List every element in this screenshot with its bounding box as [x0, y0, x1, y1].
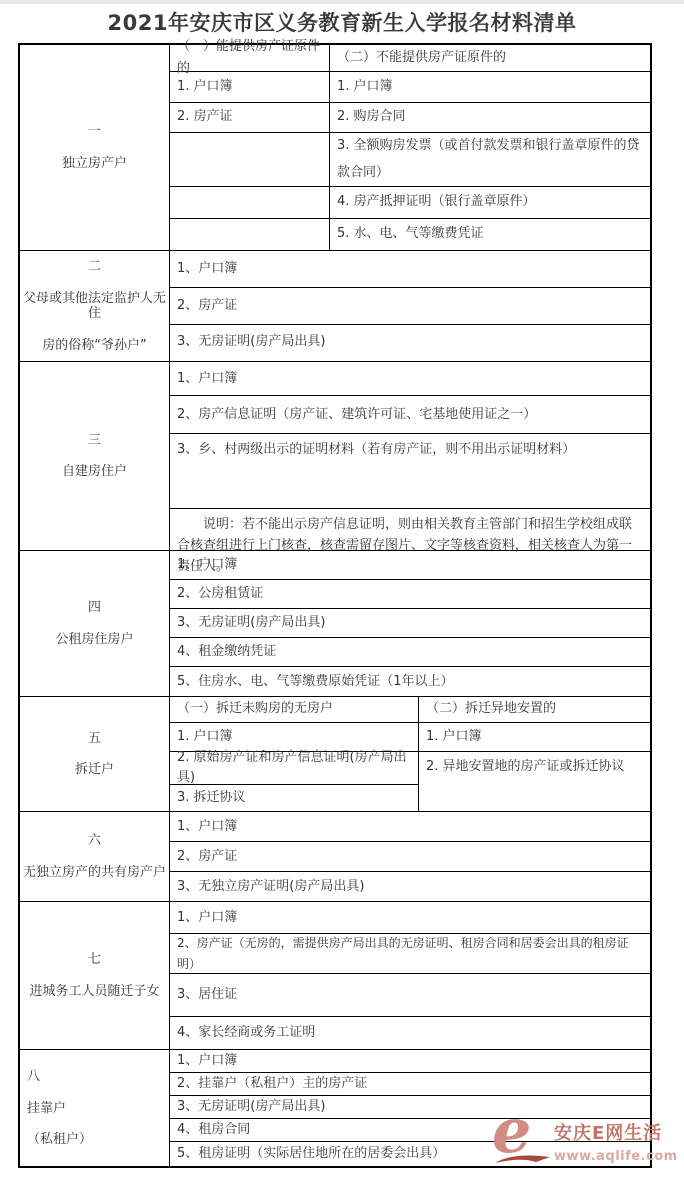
material-item-cell: 2、公房租赁证 [170, 580, 650, 608]
material-item-cell: 3、居住证 [170, 974, 650, 1016]
section-7-label: 七 进城务工人员随迁子女 [20, 902, 170, 1049]
material-item-cell: 1、户口簿 [170, 251, 650, 287]
section-category: （私租户） [25, 1124, 94, 1156]
watermark-text: 安庆E网生活 www.aqlife.com [554, 1114, 678, 1164]
material-item-cell: 2. 异地安置地的房产证或拆迁协议 [419, 752, 650, 811]
material-item-cell: 1. 户口簿 [330, 72, 650, 102]
logo-swoosh-icon [494, 1152, 552, 1166]
section-category: 无独立房产的共有房产户 [21, 857, 168, 889]
section-category: 房的俗称“爷孙户” [40, 330, 148, 362]
section-5-label: 五 拆迁户 [20, 697, 170, 811]
section-migrant-worker-children: 七 进城务工人员随迁子女 1、户口簿 2、房产证（无房的，需提供房产局出具的无房… [20, 902, 650, 1050]
empty-cell [170, 219, 330, 250]
materials-table: 一 独立房产户 （一）能提供房产证原件的 （二）不能提供房产证原件的 1. 户口… [18, 43, 652, 1168]
section-category: 自建房住户 [60, 456, 129, 488]
section-self-built-housing: 三 自建房住户 1、户口簿 2、房产信息证明（房产证、建筑许可证、宅基地使用证之… [20, 362, 650, 551]
section-2-label: 二 父母或其他法定监护人无住 房的俗称“爷孙户” [20, 251, 170, 361]
section-3-label: 三 自建房住户 [20, 362, 170, 550]
empty-cell [170, 133, 330, 186]
subcolumn-header-a: （一）能提供房产证原件的 [170, 45, 330, 71]
section-independent-property: 一 独立房产户 （一）能提供房产证原件的 （二）不能提供房产证原件的 1. 户口… [20, 45, 650, 251]
material-item-cell: 2、房产信息证明（房产证、建筑许可证、宅基地使用证之一） [170, 396, 650, 433]
section-category: 挂靠户 [25, 1093, 68, 1125]
material-item-cell: 3、无独立房产证明(房产局出具) [170, 872, 650, 901]
subcolumn-header-b: （二）不能提供房产证原件的 [330, 45, 650, 71]
material-item-cell: 3. 全额购房发票（或首付款发票和银行盖章原件的贷款合同） [330, 133, 650, 186]
section-8-label: 八 挂靠户 （私租户） [20, 1050, 170, 1166]
section-demolition-household: 五 拆迁户 （一）拆迁未购房的无房户 1. 户口簿 2. 原始房产证和房产信息证… [20, 697, 650, 812]
section-number: 八 [25, 1061, 42, 1093]
section-category: 公租房住房户 [53, 624, 135, 656]
section-number: 六 [86, 825, 103, 857]
material-item-cell: 2、房产证 [170, 842, 650, 871]
material-item-cell: 2、挂靠户（私租户）主的房产证 [170, 1073, 650, 1095]
material-item-cell: 1、户口簿 [170, 902, 650, 933]
material-item-cell: 1、户口簿 [170, 362, 650, 395]
material-item-cell: 1、户口簿 [170, 1050, 650, 1072]
material-item-cell: 2、房产证 [170, 288, 650, 324]
material-item-cell: 2. 原始房产证和房产信息证明(房产局出具) [170, 752, 418, 785]
section-category: 父母或其他法定监护人无住 [20, 283, 169, 330]
section-category: 独立房产户 [60, 148, 129, 180]
material-item-cell: 3、无房证明(房产局出具) [170, 609, 650, 637]
section-category: 进城务工人员随迁子女 [27, 976, 161, 1008]
section-number: 三 [86, 425, 103, 457]
subcolumn-header-b: （二）拆迁异地安置的 [419, 697, 650, 723]
material-item-cell: 4、家长经商或务工证明 [170, 1017, 650, 1049]
aqlife-logo-icon: e [492, 1114, 554, 1172]
section-shared-property: 六 无独立房产的共有房产户 1、户口簿 2、房产证 3、无独立房产证明(房产局出… [20, 812, 650, 902]
material-item-cell: 2. 房产证 [170, 103, 330, 132]
section-number: 四 [86, 592, 103, 624]
watermark-brand-text: 安庆E网生活 [554, 1119, 678, 1145]
section-number: 七 [86, 944, 103, 976]
section-grandparent-household: 二 父母或其他法定监护人无住 房的俗称“爷孙户” 1、户口簿 2、房产证 3、无… [20, 251, 650, 362]
material-item-cell: 4. 房产抵押证明（银行盖章原件） [330, 187, 650, 218]
section-public-rental-housing: 四 公租房住房户 1、户口簿 2、公房租赁证 3、无房证明(房产局出具) 4、租… [20, 551, 650, 697]
section-1-label: 一 独立房产户 [20, 45, 170, 250]
material-item-cell: 5. 水、电、气等缴费凭证 [330, 219, 650, 250]
section-number: 一 [86, 116, 103, 148]
material-item-cell: 1. 户口簿 [419, 723, 650, 752]
material-item-cell: 1、户口簿 [170, 812, 650, 841]
section-number: 二 [86, 251, 103, 283]
material-item-cell: 3、无房证明(房产局出具) [170, 325, 650, 360]
watermark-url-text: www.aqlife.com [554, 1149, 678, 1164]
watermark: e 安庆E网生活 www.aqlife.com [492, 1114, 674, 1172]
material-item-cell: 4、租金缴纳凭证 [170, 638, 650, 666]
material-item-cell: 1. 户口簿 [170, 72, 330, 102]
page-top-strip [0, 0, 684, 4]
section-4-label: 四 公租房住房户 [20, 551, 170, 696]
page-title: 2021年安庆市区义务教育新生入学报名材料清单 [0, 7, 684, 37]
material-item-cell: 5、住房水、电、气等缴费原始凭证（1年以上） [170, 667, 650, 696]
material-item-cell: 2、房产证（无房的，需提供房产局出具的无房证明、租房合同和居委会出具的租房证明） [170, 934, 650, 973]
empty-cell [170, 187, 330, 218]
material-item-cell: 2. 购房合同 [330, 103, 650, 132]
subcolumn-header-a: （一）拆迁未购房的无房户 [170, 697, 418, 723]
material-item-cell: 3、乡、村两级出示的证明材料（若有房产证，则不用出示证明材料） [170, 434, 650, 508]
note-cell: 说明：若不能出示房产信息证明，则由相关教育主管部门和招生学校组成联合核查组进行上… [170, 509, 650, 550]
section-6-label: 六 无独立房产的共有房产户 [20, 812, 170, 901]
material-item-cell: 1、户口簿 [170, 551, 650, 579]
section-category: 拆迁户 [73, 754, 116, 786]
section-number: 五 [86, 723, 103, 755]
material-item-cell: 3. 拆迁协议 [170, 785, 418, 811]
